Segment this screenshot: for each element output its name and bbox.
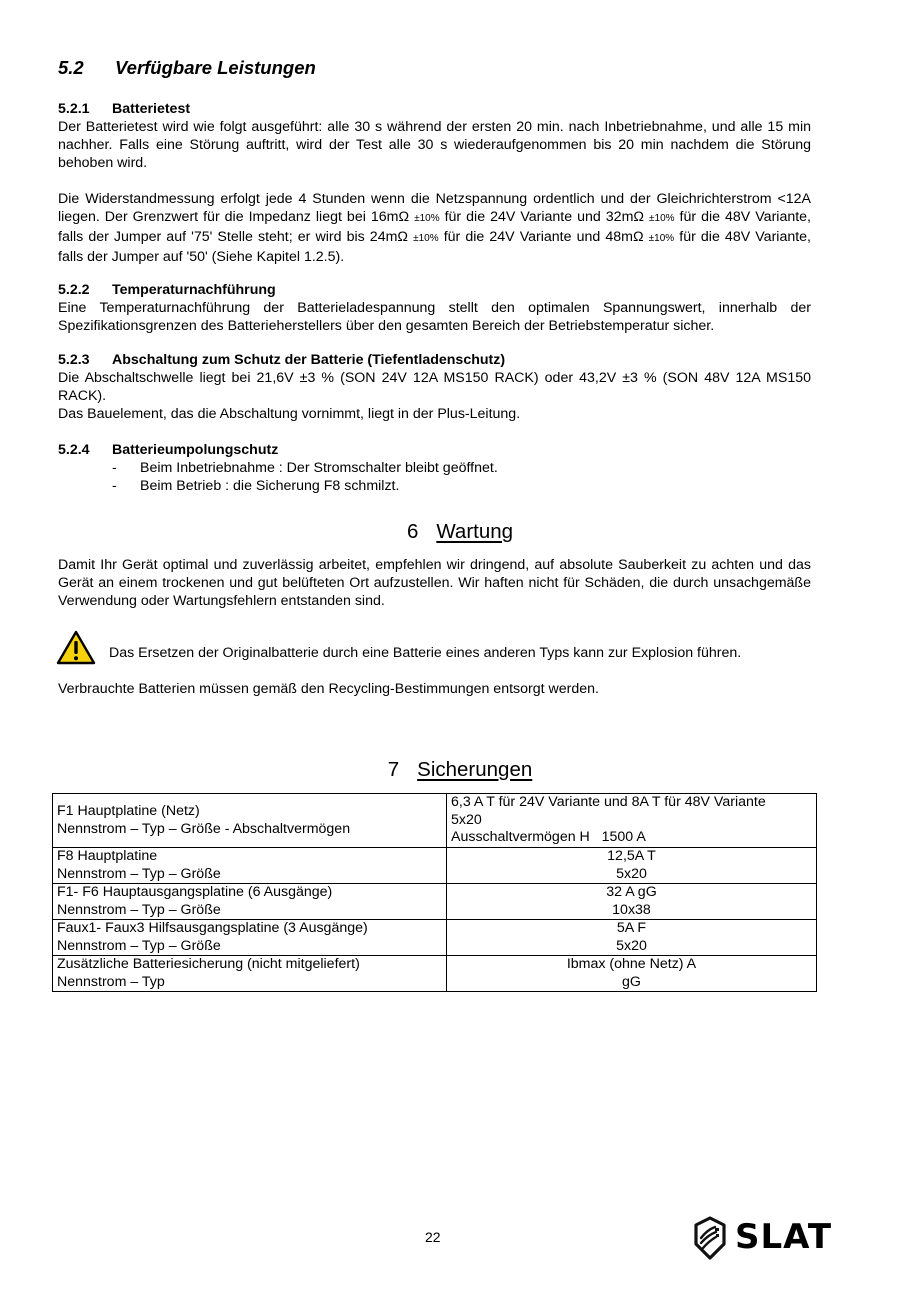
table-row: F1 Hauptplatine (Netz) Nennstrom – Typ –… [53,794,817,848]
fuse-value-line: 6,3 A T für 24V Variante und 8A T für 48… [451,794,812,812]
slat-logo: SLAT [693,1216,829,1260]
subsection-title: Abschaltung zum Schutz der Batterie (Tie… [112,352,505,368]
subsection-5-2-3-heading: 5.2.3Abschaltung zum Schutz der Batterie… [58,351,505,369]
batterietest-paragraph-1: Der Batterietest wird wie folgt ausgefüh… [58,118,811,172]
fuse-value-line: Ibmax (ohne Netz) A [451,956,812,974]
fuse-name: F1 Hauptplatine (Netz) [57,803,442,821]
logo-text: SLAT [735,1216,832,1258]
fuse-value-cell: 32 A gG 10x38 [447,884,817,920]
warning-triangle-icon [56,630,96,666]
table-row: Faux1- Faux3 Hilfsausgangsplatine (3 Aus… [53,920,817,956]
fuse-spec-label: Nennstrom – Typ [57,974,442,992]
text-run: für die 24V Variante und 48mΩ [439,229,649,245]
bullet-text: Beim Inbetriebnahme : Der Stromschalter … [140,459,498,477]
fuse-name: F1- F6 Hauptausgangsplatine (6 Ausgänge) [57,884,442,902]
subsection-5-2-2-heading: 5.2.2Temperaturnachführung [58,281,276,299]
fuse-description-cell: Faux1- Faux3 Hilfsausgangsplatine (3 Aus… [53,920,447,956]
fuse-description-cell: Zusätzliche Batteriesicherung (nicht mit… [53,956,447,992]
fuse-spec-label: Nennstrom – Typ – Größe [57,902,442,920]
subsection-title: Batterietest [112,101,190,117]
page-number: 22 [425,1228,441,1246]
fuse-value-cell: Ibmax (ohne Netz) A gG [447,956,817,992]
tolerance: ±10% [649,233,675,244]
fuse-name: Faux1- Faux3 Hilfsausgangsplatine (3 Aus… [57,920,442,938]
fuse-value-line: Ausschaltvermögen H 1500 A [451,829,812,847]
warning-text: Das Ersetzen der Originalbatterie durch … [109,644,741,662]
section-number: 5.2 [58,57,115,79]
fuse-name: Zusätzliche Batteriesicherung (nicht mit… [57,956,442,974]
subsection-5-2-1-heading: 5.2.1Batterietest [58,100,190,118]
section-title: Verfügbare Leistungen [115,57,316,78]
abschaltung-paragraph-1: Die Abschaltschwelle liegt bei 21,6V ±3 … [58,369,811,405]
tolerance: ±10% [649,213,675,224]
fuse-description-cell: F1 Hauptplatine (Netz) Nennstrom – Typ –… [53,794,447,848]
fuse-description-cell: F8 Hauptplatine Nennstrom – Typ – Größe [53,848,447,884]
fuse-value-line: 32 A gG [451,884,812,902]
section-title: Sicherungen [417,758,532,781]
subsection-number: 5.2.1 [58,100,112,118]
subsection-number: 5.2.4 [58,441,112,459]
text-run: für die 24V Variante und 32mΩ [440,209,649,225]
section-title: Wartung [436,520,513,543]
section-5-2-heading: 5.2Verfügbare Leistungen [58,57,316,79]
fuse-value-line: 5x20 [451,812,812,830]
subsection-number: 5.2.3 [58,351,112,369]
fuse-value-line: gG [451,974,812,992]
slat-shield-logo-icon [693,1216,727,1260]
temperatur-paragraph: Eine Temperaturnachführung der Batteriel… [58,299,811,335]
tolerance: ±10% [413,233,439,244]
fuse-spec-label: Nennstrom – Typ – Größe [57,866,442,884]
wartung-paragraph: Damit Ihr Gerät optimal und zuverlässig … [58,556,811,610]
subsection-title: Temperaturnachführung [112,282,276,298]
subsection-number: 5.2.2 [58,281,112,299]
fuse-value-line: 10x38 [451,902,812,920]
table-row: Zusätzliche Batteriesicherung (nicht mit… [53,956,817,992]
table-row: F1- F6 Hauptausgangsplatine (6 Ausgänge)… [53,884,817,920]
fuse-value-cell: 12,5A T 5x20 [447,848,817,884]
table-row: F8 Hauptplatine Nennstrom – Typ – Größe … [53,848,817,884]
fuse-value-cell: 6,3 A T für 24V Variante und 8A T für 48… [447,794,817,848]
fuse-value-line: 5x20 [451,866,812,884]
bullet-dash: - [112,459,117,477]
bullet-text: Beim Betrieb : die Sicherung F8 schmilzt… [140,477,399,495]
fuse-value-line: 5A F [451,920,812,938]
fuse-table: F1 Hauptplatine (Netz) Nennstrom – Typ –… [52,793,817,992]
fuse-name: F8 Hauptplatine [57,848,442,866]
fuse-value-cell: 5A F 5x20 [447,920,817,956]
recycling-note: Verbrauchte Batterien müssen gemäß den R… [58,680,599,698]
bullet-dash: - [112,477,117,495]
batterietest-paragraph-2: Die Widerstandmessung erfolgt jede 4 Stu… [58,190,811,266]
fuse-description-cell: F1- F6 Hauptausgangsplatine (6 Ausgänge)… [53,884,447,920]
tolerance: ±10% [414,213,440,224]
fuse-spec-label: Nennstrom – Typ – Größe [57,938,442,956]
fuse-value-line: 5x20 [451,938,812,956]
section-6-heading: 6Wartung [0,520,920,544]
subsection-5-2-4-heading: 5.2.4Batterieumpolungschutz [58,441,278,459]
section-number: 7 [388,758,399,781]
subsection-title: Batterieumpolungschutz [112,442,278,458]
fuse-value-line: 12,5A T [451,848,812,866]
abschaltung-paragraph-2: Das Bauelement, das die Abschaltung vorn… [58,405,811,423]
section-7-heading: 7Sicherungen [0,758,920,782]
section-number: 6 [407,520,418,543]
fuse-spec-label: Nennstrom – Typ – Größe - Abschaltvermög… [57,821,442,839]
